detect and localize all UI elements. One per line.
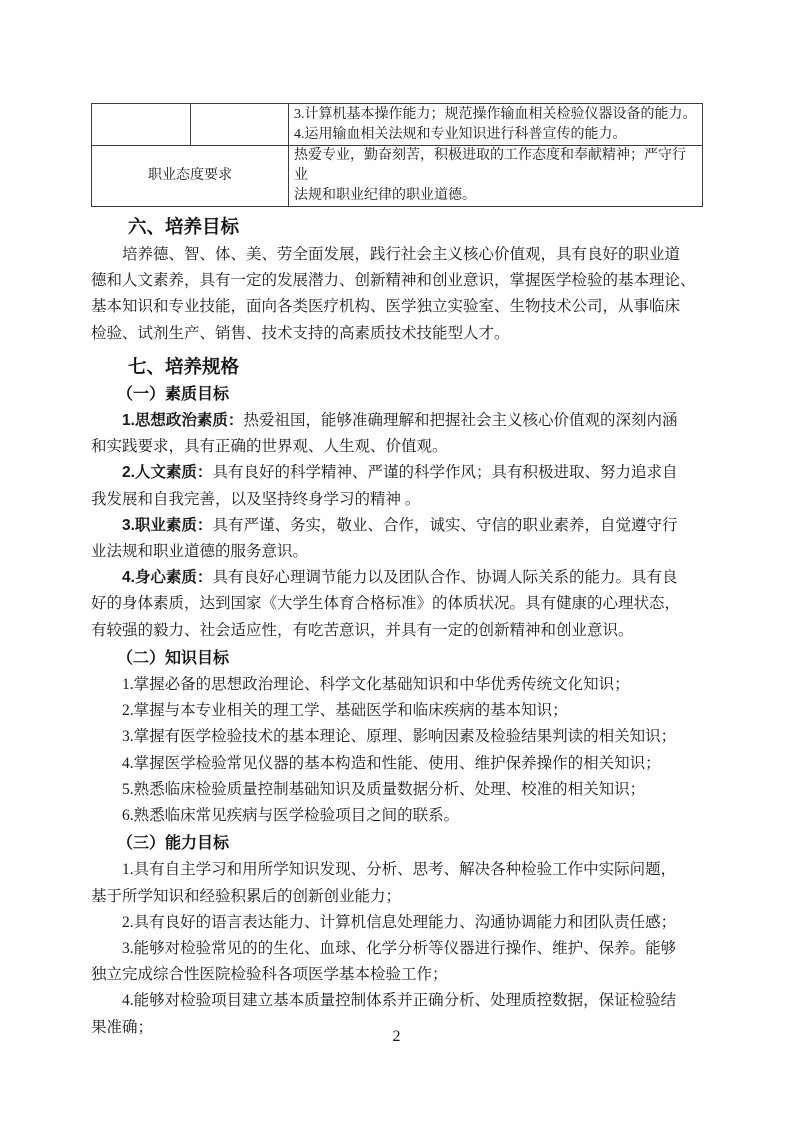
quality-item-label: 4.身心素质： — [122, 569, 212, 586]
quality-item: 1.思想政治素质：热爱祖国，能够准确理解和把握社会主义核心价值观的深刻内涵 和实… — [91, 408, 702, 460]
section-heading-training-specs: 七、培养规格 — [91, 355, 702, 379]
knowledge-item: 4.掌握医学检验常见仪器的基本构造和性能、使用、维护保养操作的相关知识； — [91, 751, 702, 777]
knowledge-item: 5.熟悉临床检验质量控制基础知识及质量数据分析、处理、校准的相关知识； — [91, 777, 702, 803]
table-cell-attitude-label: 职业态度要求 — [92, 146, 289, 207]
quality-item-label: 3.职业素质： — [122, 517, 212, 534]
ability-item: 3.能够对检验常见的的生化、血球、化学分析等仪器进行操作、维护、保养。能够 独立… — [91, 936, 702, 988]
knowledge-item: 3.掌握有医学检验技术的基本理论、原理、影响因素及检验结果判读的相关知识； — [91, 724, 702, 750]
quality-item: 3.职业素质：具有严谨、务实，敬业、合作，诚实、守信的职业素养，自觉遵守行 业法… — [91, 513, 702, 565]
page-content: 3.计算机基本操作能力；规范操作输血相关检验仪器设备的能力。 4.运用输血相关法… — [91, 103, 702, 1041]
quality-item-label: 1.思想政治素质： — [122, 412, 243, 429]
subheading-ability-goals: （三）能力目标 — [91, 831, 702, 857]
requirements-table: 3.计算机基本操作能力；规范操作输血相关检验仪器设备的能力。 4.运用输血相关法… — [91, 103, 703, 207]
quality-item: 2.人文素质：具有良好的科学精神、严谨的科学作风；具有积极进取、努力追求自 我发… — [91, 460, 702, 512]
ability-item: 1.具有自主学习和用所学知识发现、分析、思考、解决各种检验工作中实际问题， 基于… — [91, 857, 702, 909]
subheading-quality-goals: （一）素质目标 — [91, 382, 702, 408]
table-row-abilities: 3.计算机基本操作能力；规范操作输血相关检验仪器设备的能力。 4.运用输血相关法… — [92, 104, 703, 146]
knowledge-item: 2.掌握与本专业相关的理工学、基础医学和临床疾病的基本知识； — [91, 698, 702, 724]
ability-item: 2.具有良好的语言表达能力、计算机信息处理能力、沟通协调能力和团队责任感； — [91, 910, 702, 936]
table-cell-attitude-text: 热爱专业，勤奋刻苦，积极进取的工作态度和奉献精神；严守行业 法规和职业纪律的职业… — [289, 146, 703, 207]
table-cell-empty-2 — [191, 104, 289, 146]
knowledge-item: 6.熟悉临床常见疾病与医学检验项目之间的联系。 — [91, 803, 702, 829]
page-number: 2 — [0, 1028, 793, 1046]
table-row-attitude: 职业态度要求 热爱专业，勤奋刻苦，积极进取的工作态度和奉献精神；严守行业 法规和… — [92, 146, 703, 207]
table-cell-empty-1 — [92, 104, 191, 146]
quality-item: 4.身心素质：具有良好心理调节能力以及团队合作、协调人际关系的能力。具有良 好的… — [91, 565, 702, 644]
subheading-knowledge-goals: （二）知识目标 — [91, 646, 702, 672]
table-cell-ability-text: 3.计算机基本操作能力；规范操作输血相关检验仪器设备的能力。 4.运用输血相关法… — [289, 104, 703, 146]
document-page: 3.计算机基本操作能力；规范操作输血相关检验仪器设备的能力。 4.运用输血相关法… — [0, 0, 793, 1122]
paragraph-training-objectives: 培养德、智、体、美、劳全面发展，践行社会主义核心价值观，具有良好的职业道 德和人… — [91, 242, 702, 347]
section-heading-training-objectives: 六、培养目标 — [91, 215, 702, 239]
quality-item-label: 2.人文素质： — [122, 464, 212, 481]
knowledge-item: 1.掌握必备的思想政治理论、科学文化基础知识和中华优秀传统文化知识； — [91, 672, 702, 698]
